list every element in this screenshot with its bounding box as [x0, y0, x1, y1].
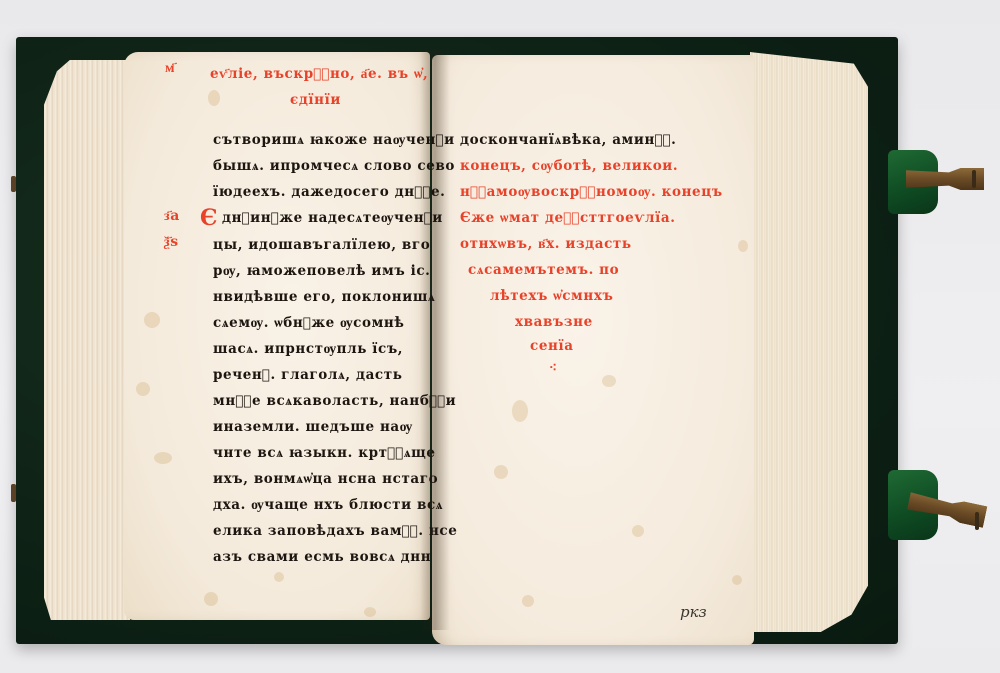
red-initial: Є [200, 208, 218, 228]
left-margin-mark: м҃ [165, 60, 175, 77]
left-text-line: рѹ, ꙗможеповелѣ имъ іс. [213, 263, 430, 279]
left-text-line: иназемли. шедъше наѹ [213, 419, 413, 435]
clasp-pin-top [11, 176, 16, 192]
page-edges-left [44, 60, 130, 620]
right-text-line-red: лѣтехъ ѡ҆смнхъ [490, 288, 613, 304]
stain [732, 575, 742, 585]
left-text-line: їюдеехъ. дажедосего днⷭ҇е. [213, 184, 445, 200]
stain [274, 572, 284, 582]
margin-note-line-2: ѯ҃ѕ [164, 234, 179, 251]
right-text-line-red: Єже ѡмат деⷭ҇сттгоеѵлїа. [460, 210, 676, 226]
stain [494, 465, 508, 479]
left-text-line: днⷡинⷤже надесѧтеѹченⷡи [222, 210, 443, 226]
right-text-line-red: конецъ, сѹботѣ, великои. [460, 158, 678, 174]
left-text-line: дха. ѹчаще нхъ блюсти всѧ [213, 497, 443, 513]
stain [204, 592, 218, 606]
right-text-line-black: доскончанїѧвѣка, аминⷭ҇. [460, 132, 676, 148]
stain [364, 607, 376, 617]
left-text-line: шасѧ. ипрнстѹпль їсъ, [213, 341, 403, 357]
right-text-line-red: сенїа [530, 338, 574, 354]
left-text-line: реченⷨ. глаголѧ, дасть [213, 367, 402, 383]
left-text-line: мнⷭ҇е всѧкаволасть, нанбⷭ҇и [213, 393, 456, 409]
stain [144, 312, 160, 328]
left-header-line-1: еѵ҃ліе, въскрⷭ҇но, а҃е. въ ѡ҆, [210, 66, 428, 82]
left-text-line: елика заповѣдахъ вамⷭ҇. нсе [213, 523, 457, 539]
left-text-line: нвидѣвше его, поклонишѧ [213, 289, 435, 305]
left-text-line: азъ свами есмь вовсѧ днн [213, 549, 431, 565]
right-text-line-red: отнхѡвъ, в҃х. издасть [460, 236, 632, 252]
left-text-line: бышѧ. ипромчесѧ слово сево [213, 158, 455, 174]
clasp-bottom-tab [975, 512, 979, 530]
folio-number: ркз [680, 603, 707, 621]
stain [208, 90, 220, 106]
clasp-top-tab [972, 170, 976, 188]
stain [602, 375, 616, 387]
stain [522, 595, 534, 607]
photo-background: м҃ еѵ҃ліе, въскрⷭ҇но, а҃е. въ ѡ҆, єдїнїи… [0, 0, 1000, 673]
left-text-line: сътворишѧ ꙗкоже наѹченⷡи [213, 132, 455, 148]
stain [512, 400, 528, 422]
clasp-pin-bottom [11, 484, 16, 502]
left-header-line-2: єдїнїи [290, 92, 341, 108]
stain [136, 382, 150, 396]
end-mark: ⁖ [549, 360, 558, 376]
right-text-line-red: сѧсамемътемъ. по [468, 262, 619, 278]
right-text-line-red: нⷪ҇амоѹвоскрⷭ҇номоѹ. конецъ [460, 184, 723, 200]
right-text-line-red: хвавъзне [515, 314, 593, 330]
left-text-line: цы, идошавъгалїлею, вго [213, 237, 430, 253]
left-text-line: ихъ, вонмѧѡ҆ца нсна нстаго [213, 471, 438, 487]
margin-note-line-1: з҃а [164, 208, 180, 225]
stain [154, 452, 172, 464]
stain [632, 525, 644, 537]
stain [738, 240, 748, 252]
left-text-line: чнте всѧ ꙗзыкн. кртⷭ҇ѧще [213, 445, 436, 461]
left-text-line: сѧемѹ. ѡбнⷤже ѹсомнѣ [213, 315, 405, 331]
page-edges-right [750, 52, 868, 632]
